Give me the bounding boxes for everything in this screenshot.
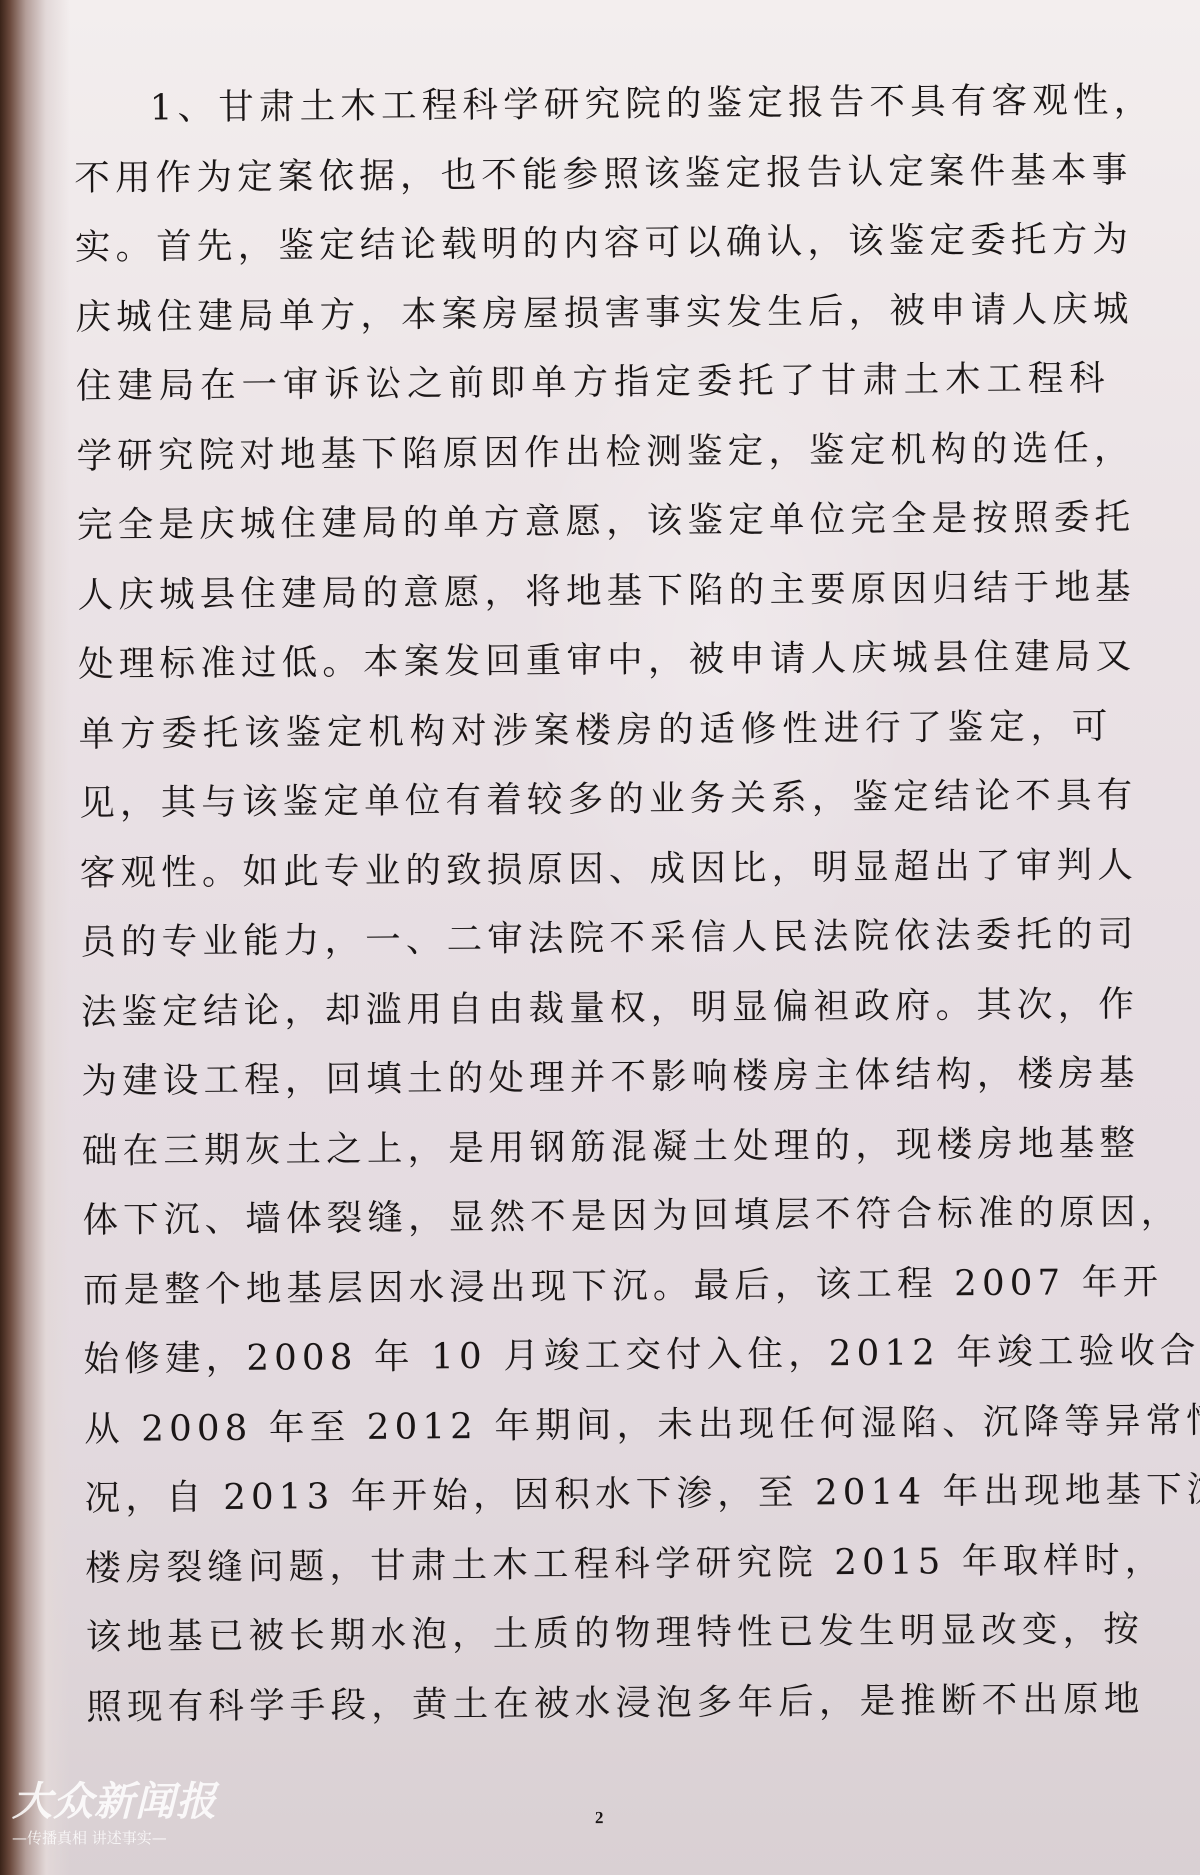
text-line: 实。首先，鉴定结论载明的内容可以确认，该鉴定委托方为	[75, 216, 1109, 272]
text-line: 该地基已被长期水泡，土质的物理特性已发生明显改变，按	[86, 1606, 1120, 1662]
text-line: 为建设工程，回填土的处理并不影响楼房主体结构，楼房基	[81, 1050, 1115, 1106]
text-line: 不用作为定案依据，也不能参照该鉴定报告认定案件基本事	[74, 147, 1108, 203]
text-line: 完全是庆城住建局的单方意愿，该鉴定单位完全是按照委托	[77, 494, 1111, 550]
watermark-slogan: —传播真相 讲述事实—	[12, 1828, 252, 1848]
text-line: 人庆城县住建局的意愿，将地基下陷的主要原因归结于地基	[77, 564, 1111, 620]
text-line: 照现有科学手段，黄土在被水浸泡多年后，是推断不出原地	[86, 1676, 1120, 1732]
text-line: 况，自 2013 年开始，因积水下渗，至 2014 年出现地基下沉	[85, 1467, 1119, 1523]
text-line: 学研究院对地基下陷原因作出检测鉴定，鉴定机构的选任，	[76, 425, 1110, 481]
text-line: 楼房裂缝问题，甘肃土木工程科学研究院 2015 年取样时，	[85, 1537, 1119, 1593]
text-line: 体下沉、墙体裂缝，显然不是因为回填层不符合标准的原因，	[82, 1189, 1116, 1245]
watermark-logo: 大众新闻报 —传播真相 讲述事实—	[12, 1780, 252, 1848]
text-line: 1、甘肃土木工程科学研究院的鉴定报告不具有客观性，	[150, 77, 1108, 133]
text-line: 庆城住建局单方，本案房屋损害事实发生后，被申请人庆城	[75, 286, 1109, 342]
watermark-title: 大众新闻报	[12, 1780, 252, 1824]
text-line: 单方委托该鉴定机构对涉案楼房的适修性进行了鉴定，可	[79, 703, 1113, 759]
text-line: 员的专业能力，一、二审法院不采信人民法院依法委托的司	[80, 911, 1114, 967]
text-line: 见，其与该鉴定单位有着较多的业务关系，鉴定结论不具有	[79, 772, 1113, 828]
page-number: 2	[589, 1808, 609, 1828]
document-page: 1、甘肃土木工程科学研究院的鉴定报告不具有客观性， 不用作为定案依据，也不能参照…	[0, 0, 1200, 1875]
text-line: 从 2008 年至 2012 年期间，未出现任何湿陷、沉降等异常情	[84, 1398, 1118, 1454]
text-line: 处理标准过低。本案发回重审中，被申请人庆城县住建局又	[78, 633, 1112, 689]
text-line: 客观性。如此专业的致损原因、成因比，明显超出了审判人	[80, 842, 1114, 898]
text-line: 而是整个地基层因水浸出现下沉。最后，该工程 2007 年开	[83, 1259, 1117, 1315]
text-line: 住建局在一审诉讼之前即单方指定委托了甘肃土木工程科	[76, 355, 1110, 411]
text-line: 始修建，2008 年 10 月竣工交付入住，2012 年竣工验收合格，	[83, 1328, 1117, 1384]
text-line: 法鉴定结论，却滥用自由裁量权，明显偏袒政府。其次，作	[81, 981, 1115, 1037]
text-line: 础在三期灰土之上，是用钢筋混凝土处理的，现楼房地基整	[82, 1120, 1116, 1176]
